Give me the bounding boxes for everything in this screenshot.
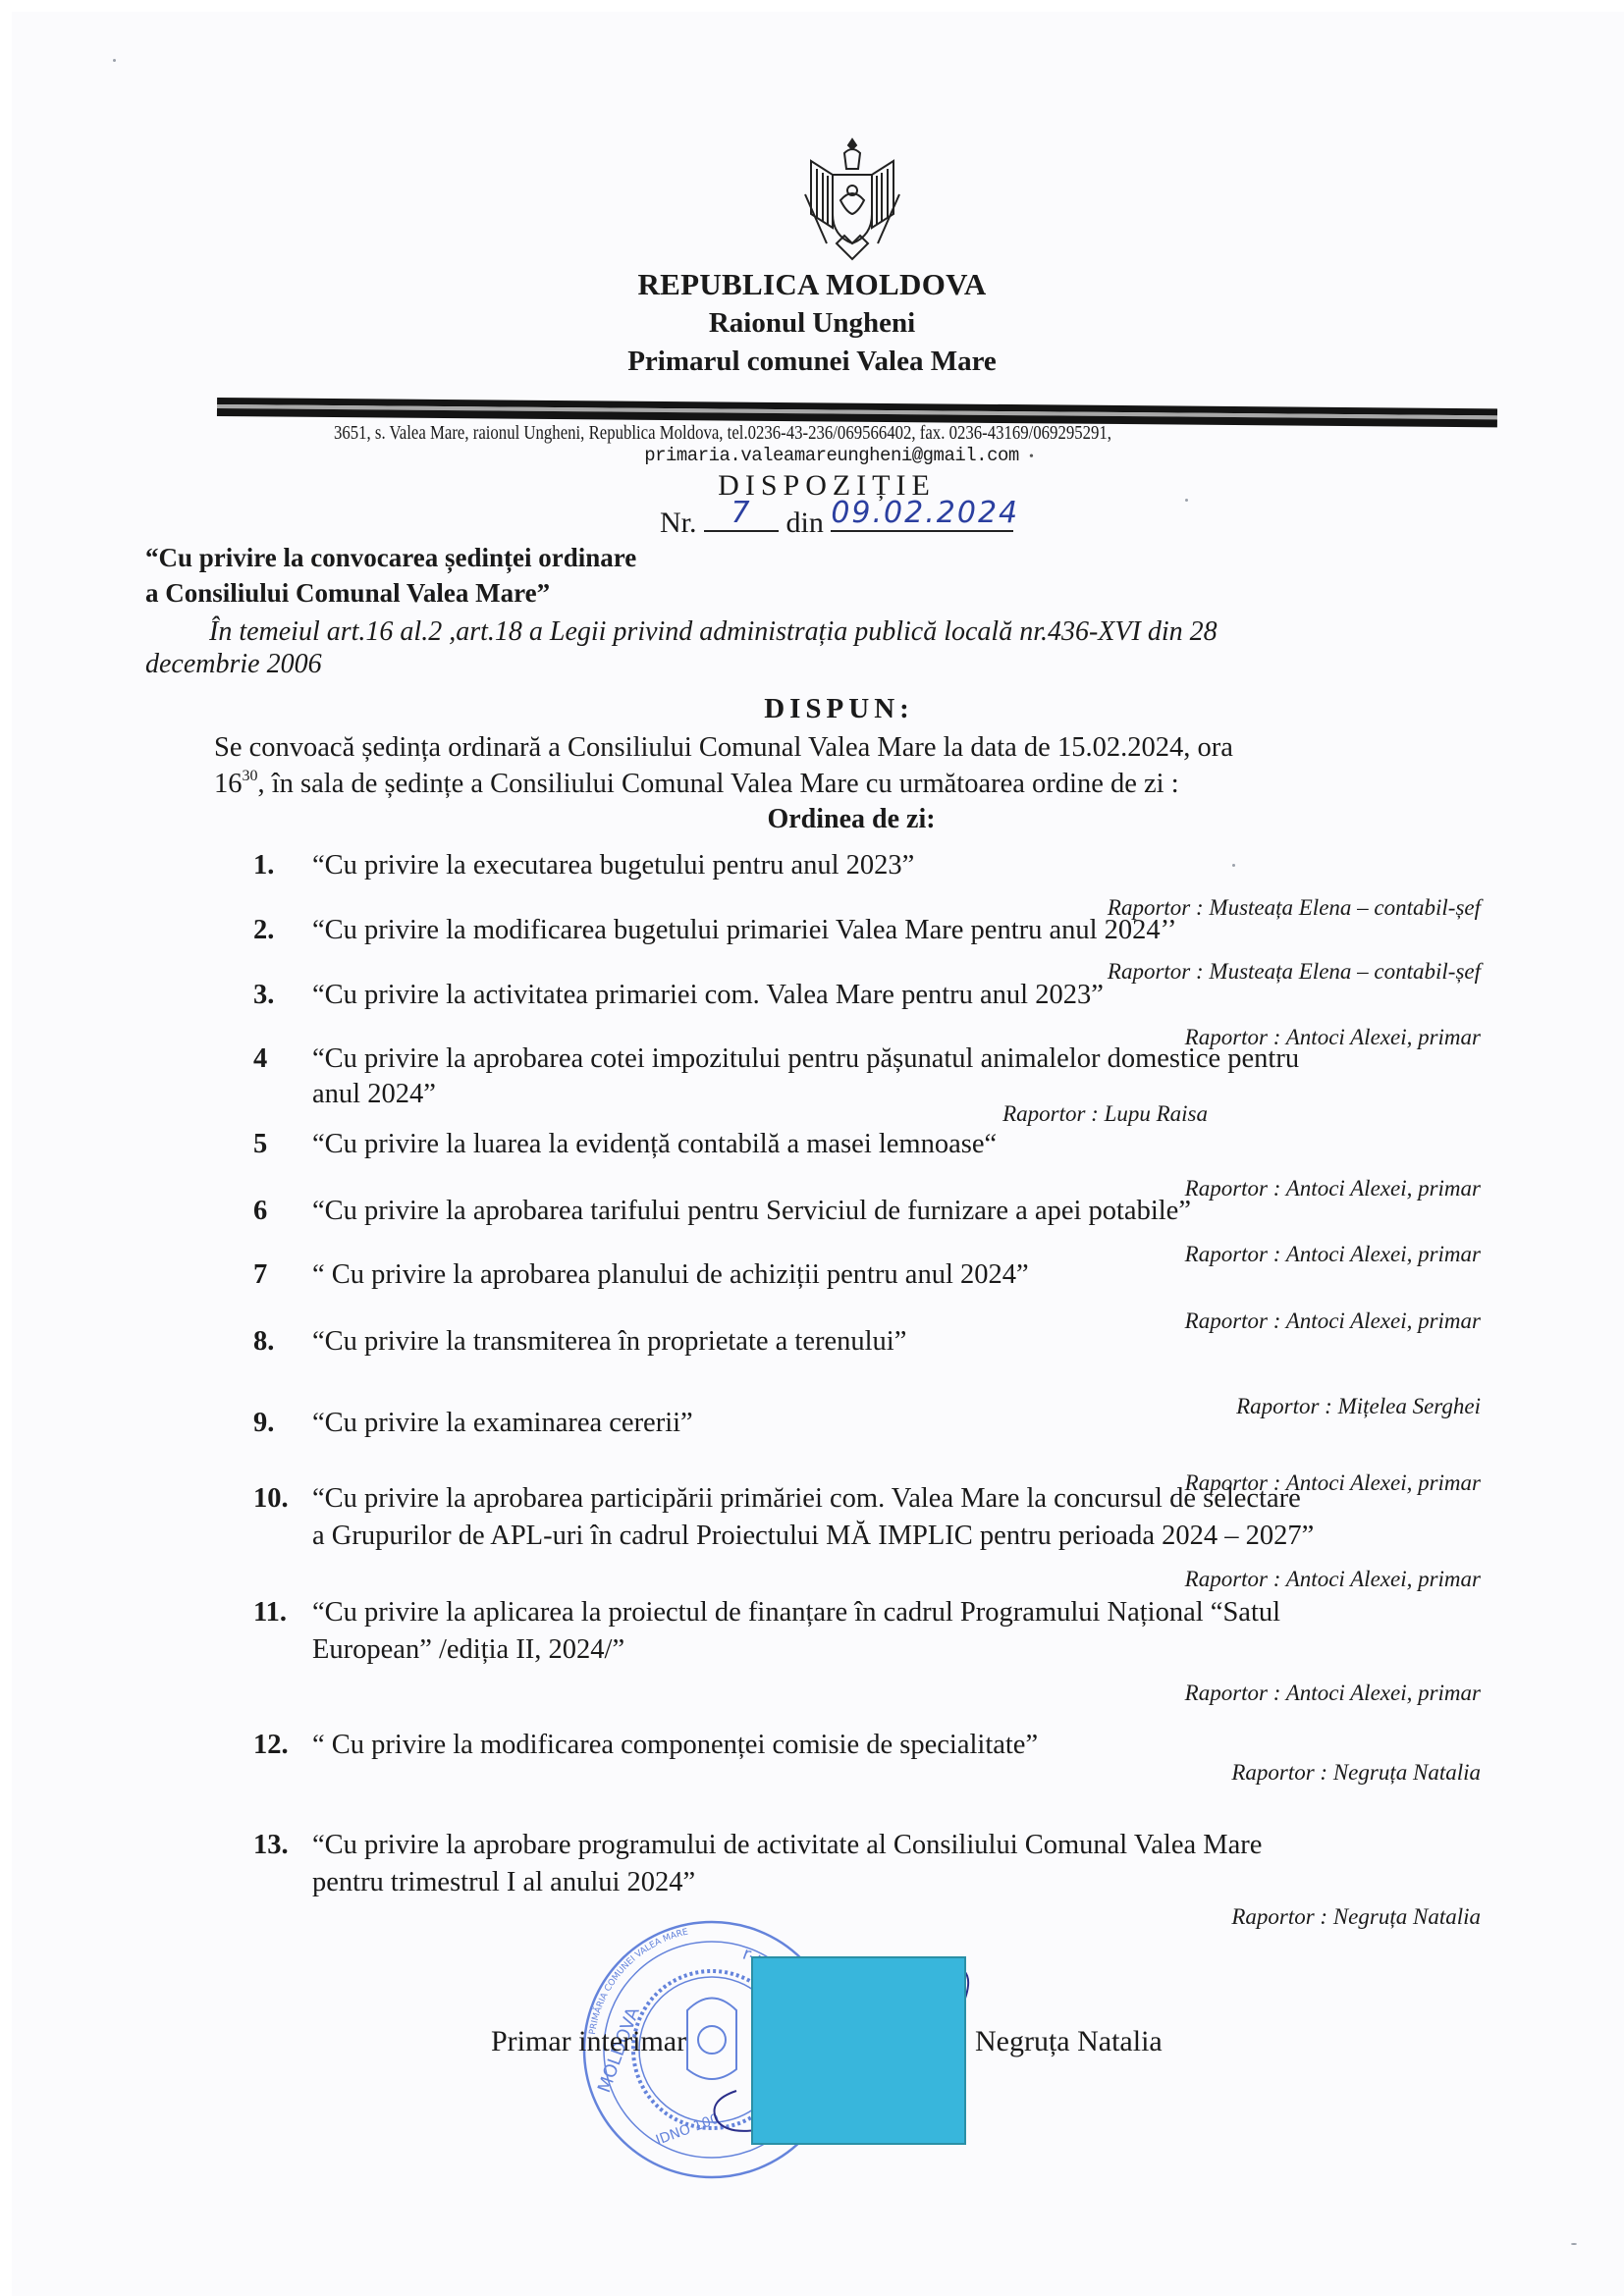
- minutes: 30: [243, 768, 258, 784]
- agenda-item-rapporteur: Raportor : Musteața Elena – contabil-șef: [1108, 959, 1481, 985]
- signatory-name: Negruța Natalia: [975, 2025, 1163, 2058]
- agenda-item-number: 13.: [253, 1830, 312, 1861]
- scan-speck: [1571, 2243, 1577, 2245]
- coat-of-arms-icon: [797, 135, 907, 263]
- agenda-item-title: “Cu privire la activitatea primariei com…: [312, 980, 1104, 1010]
- agenda-item-title: “Cu privire la modificarea bugetului pri…: [312, 915, 1177, 945]
- agenda-item-title: “Cu privire la transmiterea în proprieta…: [312, 1326, 906, 1357]
- agenda-item: 5“Cu privire la luarea la evidență conta…: [253, 1129, 997, 1160]
- date-label: din: [786, 507, 824, 539]
- agenda-item-title: “Cu privire la aprobarea tarifului pentr…: [312, 1196, 1191, 1226]
- agenda-item-rapporteur: Raportor : Antoci Alexei, primar: [1185, 1242, 1481, 1267]
- agenda-item-title: “Cu privire la examinarea cererii”: [312, 1408, 693, 1438]
- convocation-line-1: Se convoacă ședința ordinară a Consiliul…: [214, 732, 1233, 764]
- nr-label: Nr.: [660, 507, 697, 539]
- agenda-item-title-continued: pentru trimestrul I al anului 2024”: [312, 1867, 695, 1898]
- agenda-item-title-continued: European” /ediția II, 2024/”: [312, 1634, 624, 1666]
- header-address: 3651, s. Valea Mare, raionul Ungheni, Re…: [334, 423, 1111, 445]
- agenda-item-rapporteur: Raportor : Lupu Raisa: [1002, 1101, 1208, 1127]
- agenda-item: 12.“ Cu privire la modificarea componenț…: [253, 1730, 1038, 1761]
- convocation-line-2: 1630, în sala de ședințe a Consiliului C…: [214, 768, 1179, 800]
- legal-basis-line-1: În temeiul art.16 al.2 ,art.18 a Legii p…: [209, 616, 1218, 648]
- agenda-title: Ordinea de zi:: [0, 804, 1624, 835]
- agenda-item-title: “Cu privire la luarea la evidență contab…: [312, 1129, 997, 1159]
- scan-speck: [113, 59, 116, 62]
- redacted-signature: [751, 1956, 966, 2145]
- agenda-item: 3.“Cu privire la activitatea primariei c…: [253, 980, 1104, 1011]
- agenda-item-number: 4: [253, 1043, 312, 1075]
- agenda-item-title: “ Cu privire la modificarea componenței …: [312, 1730, 1038, 1760]
- date-handwritten: 09.02.2024: [831, 496, 1013, 530]
- agenda-item: 2.“Cu privire la modificarea bugetului p…: [253, 915, 1177, 946]
- agenda-item: 9.“Cu privire la examinarea cererii”: [253, 1408, 693, 1439]
- agenda-item: 1.“Cu privire la executarea bugetului pe…: [253, 850, 914, 881]
- agenda-item-rapporteur: Raportor : Antoci Alexei, primar: [1185, 1308, 1481, 1334]
- agenda-item-rapporteur: Raportor : Antoci Alexei, primar: [1185, 1176, 1481, 1201]
- legal-basis-line-2: decembrie 2006: [145, 649, 322, 680]
- header-email[interactable]: primaria.valeamareungheni@gmail.com: [0, 445, 1624, 466]
- convocation-rest: , în sala de ședințe a Consiliului Comun…: [258, 769, 1179, 799]
- agenda-item-title: “ Cu privire la aprobarea planului de ac…: [312, 1259, 1029, 1290]
- scan-speck: [1185, 499, 1188, 502]
- agenda-item: 8.“Cu privire la transmiterea în proprie…: [253, 1326, 906, 1358]
- nr-field: 7: [704, 503, 779, 532]
- agenda-item-number: 7: [253, 1259, 312, 1291]
- header-authority: Primarul comunei Valea Mare: [0, 346, 1624, 378]
- agenda-item-title: “Cu privire la aplicarea la proiectul de…: [312, 1597, 1280, 1628]
- agenda-item-number: 5: [253, 1129, 312, 1160]
- agenda-item-title: “Cu privire la aprobarea participării pr…: [312, 1483, 1301, 1514]
- agenda-item-title: “Cu privire la executarea bugetului pent…: [312, 850, 914, 881]
- agenda-item-rapporteur: Raportor : Negruța Natalia: [1231, 1904, 1481, 1930]
- agenda-item-number: 6: [253, 1196, 312, 1227]
- agenda-item-title-continued: anul 2024”: [312, 1079, 436, 1110]
- agenda-item-number: 12.: [253, 1730, 312, 1761]
- agenda-item-number: 8.: [253, 1326, 312, 1358]
- agenda-item: 13.“Cu privire la aprobare programului d…: [253, 1830, 1262, 1861]
- agenda-item-number: 9.: [253, 1408, 312, 1439]
- subject-line-2: a Consiliului Comunal Valea Mare”: [145, 578, 550, 609]
- document-number-row: Nr. 7 din 09.02.2024: [660, 503, 1013, 540]
- agenda-item-number: 10.: [253, 1483, 312, 1515]
- agenda-item: 7“ Cu privire la aprobarea planului de a…: [253, 1259, 1029, 1291]
- agenda-item-number: 11.: [253, 1597, 312, 1629]
- hour: 16: [214, 769, 243, 799]
- agenda-item-title-continued: a Grupurilor de APL-uri în cadrul Proiec…: [312, 1521, 1314, 1552]
- scan-speck: [1232, 864, 1235, 867]
- document-type: DISPOZIȚIE: [0, 469, 1624, 503]
- agenda-item-title: “Cu privire la aprobare programului de a…: [312, 1830, 1262, 1860]
- agenda-item-rapporteur: Raportor : Negruța Natalia: [1231, 1760, 1481, 1786]
- agenda-item: 4“Cu privire la aprobarea cotei impozitu…: [253, 1043, 1299, 1075]
- agenda-item-number: 1.: [253, 850, 312, 881]
- dispun-heading: DISPUN:: [0, 693, 1624, 725]
- date-field: 09.02.2024: [831, 503, 1013, 532]
- subject-line-1: “Cu privire la convocarea ședinței ordin…: [145, 543, 636, 573]
- header-country: REPUBLICA MOLDOVA: [0, 267, 1624, 302]
- agenda-item-number: 2.: [253, 915, 312, 946]
- agenda-item-rapporteur: Raportor : Mițelea Serghei: [1236, 1394, 1481, 1419]
- agenda-item: 11.“Cu privire la aplicarea la proiectul…: [253, 1597, 1280, 1629]
- agenda-item: 6“Cu privire la aprobarea tarifului pent…: [253, 1196, 1191, 1227]
- agenda-item-title: “Cu privire la aprobarea cotei impozitul…: [312, 1043, 1299, 1074]
- agenda-item: 10.“Cu privire la aprobarea participării…: [253, 1483, 1301, 1515]
- header-district: Raionul Ungheni: [0, 307, 1624, 340]
- agenda-item-number: 3.: [253, 980, 312, 1011]
- agenda-item-rapporteur: Raportor : Antoci Alexei, primar: [1185, 1681, 1481, 1706]
- scan-speck: •: [1029, 450, 1034, 465]
- agenda-item-rapporteur: Raportor : Antoci Alexei, primar: [1185, 1567, 1481, 1592]
- nr-handwritten: 7: [704, 496, 779, 530]
- signatory-role: Primar interimar: [491, 2025, 686, 2058]
